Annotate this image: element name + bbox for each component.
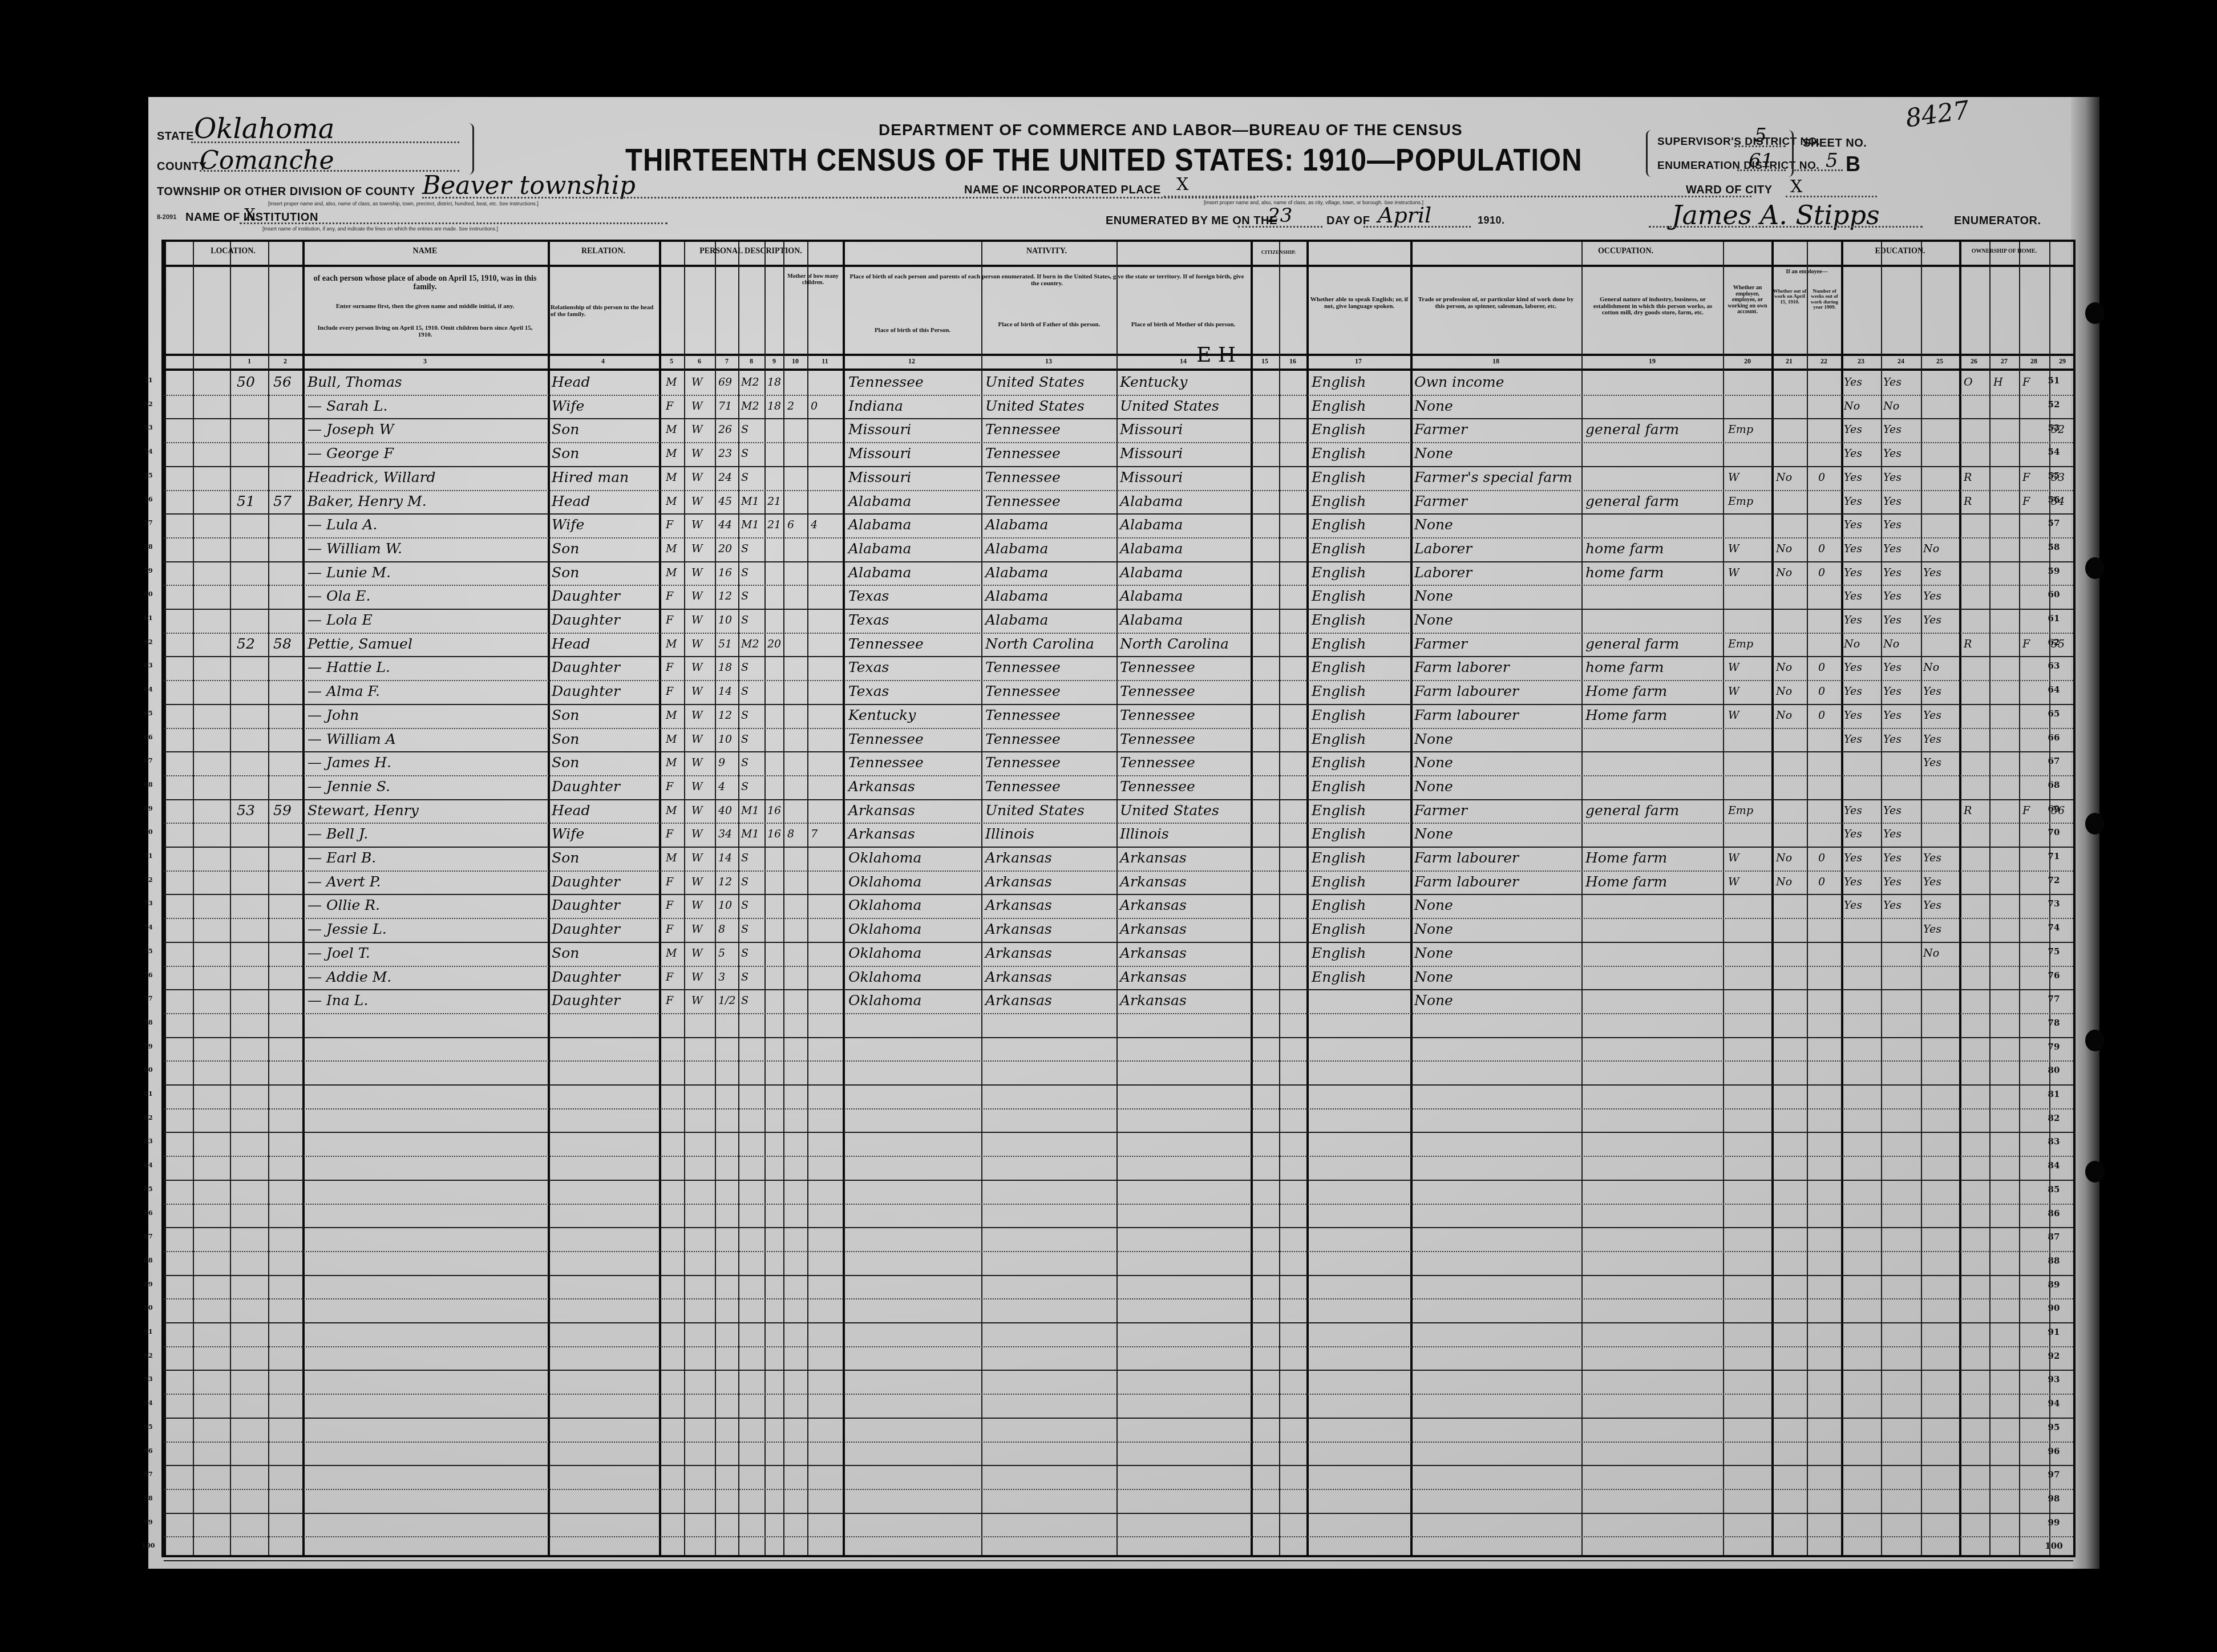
- line-number-left: 84: [137, 1161, 160, 1169]
- children-born: 8: [787, 826, 794, 842]
- row-line: [164, 1370, 2073, 1371]
- trade: Farm labourer: [1414, 683, 1519, 699]
- age: 16: [718, 565, 732, 581]
- birthplace: Tennessee: [848, 636, 924, 652]
- language: English: [1312, 826, 1366, 842]
- father-birthplace: United States: [985, 803, 1085, 819]
- age: 12: [718, 588, 732, 604]
- trade: None: [1414, 897, 1453, 913]
- birthplace: Texas: [848, 588, 889, 604]
- mother-birthplace: Illinois: [1120, 826, 1169, 842]
- line-number: 58: [2042, 542, 2065, 552]
- years-married: 16: [767, 826, 781, 842]
- person-name: — Lula A.: [308, 517, 378, 533]
- can-read: Yes: [1844, 446, 1862, 461]
- relation: Son: [552, 731, 579, 747]
- mother-birthplace: Arkansas: [1120, 897, 1187, 913]
- line-number: 61: [2042, 613, 2065, 623]
- person-name: — George F: [308, 446, 394, 461]
- row-line: [164, 1132, 2073, 1133]
- month-line: [1364, 226, 1471, 228]
- can-write: Yes: [1883, 612, 1902, 628]
- row-line: [164, 513, 2073, 515]
- marital-status: S: [741, 897, 749, 913]
- race: W: [691, 731, 703, 747]
- birthplace: Oklahoma: [848, 993, 921, 1009]
- marital-status: S: [741, 850, 749, 866]
- trade: Farm labourer: [1414, 850, 1519, 866]
- children-living: 4: [811, 517, 818, 533]
- attended-school: Yes: [1923, 588, 1941, 604]
- can-write: Yes: [1883, 874, 1902, 890]
- group-relation: RELATION.: [548, 248, 659, 256]
- father-birthplace: North Carolina: [985, 636, 1094, 652]
- person-name: — Addie M.: [308, 969, 391, 985]
- column-number: 9: [766, 357, 783, 366]
- birthplace: Alabama: [848, 565, 911, 581]
- weeks-out: 0: [1818, 707, 1825, 723]
- column-number: 26: [1965, 357, 1983, 366]
- father-birthplace: Arkansas: [985, 850, 1052, 866]
- industry: general farm: [1585, 493, 1679, 509]
- age: 69: [718, 374, 732, 390]
- relation: Head: [552, 636, 590, 652]
- col-line: [1989, 242, 1991, 1555]
- father-birthplace: Arkansas: [985, 874, 1052, 890]
- sex: F: [666, 874, 673, 890]
- can-read: Yes: [1844, 517, 1862, 533]
- relation: Wife: [552, 398, 584, 414]
- form-number: 8-2091: [157, 214, 176, 221]
- language: English: [1312, 897, 1366, 913]
- trade: None: [1414, 517, 1453, 533]
- col-line: [843, 242, 845, 1555]
- line-number-left: 59: [137, 567, 160, 574]
- column-number: 17: [1350, 357, 1367, 366]
- father-birthplace: Arkansas: [985, 993, 1052, 1009]
- col-line: [783, 242, 784, 1555]
- state-label: STATE: [157, 130, 194, 143]
- trade: Farm labourer: [1414, 707, 1519, 723]
- can-write: Yes: [1883, 446, 1902, 461]
- weeks-out: 0: [1818, 469, 1825, 485]
- sex: M: [666, 945, 677, 961]
- person-name: — Joseph W: [308, 422, 394, 438]
- line-number: 72: [2042, 875, 2065, 885]
- column-number: 16: [1284, 357, 1301, 366]
- row-line: [164, 680, 2073, 681]
- can-write: Yes: [1883, 683, 1902, 699]
- column-number: 12: [903, 357, 920, 366]
- can-write: Yes: [1883, 517, 1902, 533]
- line-number-left: 95: [137, 1423, 160, 1431]
- race: W: [691, 897, 703, 913]
- father-birthplace: Alabama: [985, 517, 1048, 533]
- group-personal-description: PERSONAL DESCRIPTION.: [659, 248, 843, 256]
- out-of-work: No: [1776, 683, 1792, 699]
- trade: None: [1414, 755, 1453, 771]
- row-line: [164, 894, 2073, 895]
- line-number-left: 54: [137, 448, 160, 455]
- can-write: Yes: [1883, 850, 1902, 866]
- line-number: 71: [2042, 851, 2065, 861]
- sex: M: [666, 469, 677, 485]
- name-description-2: Enter surname first, then the given name…: [311, 303, 539, 310]
- col-line: [1251, 242, 1253, 1555]
- col-line: [268, 242, 269, 1555]
- person-name: Pettie, Samuel: [308, 636, 412, 652]
- language: English: [1312, 921, 1366, 937]
- column-number: 7: [718, 357, 735, 366]
- can-write: Yes: [1883, 541, 1902, 557]
- birthplace: Kentucky: [848, 707, 916, 723]
- race: W: [691, 850, 703, 866]
- can-write: Yes: [1883, 469, 1902, 485]
- marital-status: S: [741, 874, 749, 890]
- family-number: 58: [273, 636, 292, 652]
- dwelling-number: 53: [237, 803, 255, 819]
- language: English: [1312, 803, 1366, 819]
- row-line: [164, 870, 2073, 872]
- relation: Son: [552, 541, 579, 557]
- col-line: [1279, 242, 1280, 1555]
- language: English: [1312, 398, 1366, 414]
- marital-status: S: [741, 779, 749, 795]
- father-birthplace: Arkansas: [985, 969, 1052, 985]
- sheet-number: 5: [1826, 149, 1838, 172]
- col-line: [715, 242, 716, 1555]
- line-number-left: 88: [137, 1257, 160, 1264]
- trade: Farm laborer: [1414, 659, 1510, 675]
- group-occupation: OCCUPATION.: [1410, 248, 1841, 256]
- column-number: 3: [416, 357, 434, 366]
- father-birthplace: Tennessee: [985, 779, 1061, 795]
- birthplace: Arkansas: [848, 803, 915, 819]
- row-line: [164, 1442, 2073, 1443]
- person-name: — Earl B.: [308, 850, 376, 866]
- line-number: 76: [2042, 970, 2065, 981]
- township-line: [422, 197, 1255, 199]
- row-line: [164, 1204, 2073, 1205]
- row-line: [164, 966, 2073, 967]
- line-number-left: 63: [137, 662, 160, 669]
- sheet-label: SHEET NO.: [1803, 137, 1867, 150]
- line-number: 84: [2042, 1160, 2065, 1171]
- incorporated-place-value: X: [1176, 175, 1188, 195]
- race: W: [691, 969, 703, 985]
- employer-status: W: [1728, 541, 1739, 557]
- industry: home farm: [1585, 565, 1664, 581]
- sex: F: [666, 659, 673, 675]
- sex: F: [666, 517, 673, 533]
- age: 12: [718, 707, 732, 723]
- row-line: [164, 1298, 2073, 1299]
- years-married: 21: [767, 517, 781, 533]
- col-line: [1410, 242, 1413, 1555]
- mother-birthplace: Alabama: [1120, 517, 1183, 533]
- age: 8: [718, 921, 725, 937]
- incorporated-place-label: NAME OF INCORPORATED PLACE: [964, 184, 1161, 197]
- mother-of-children: Mother of how many children.: [784, 274, 842, 286]
- birth-person-header: Place of birth of this Person.: [845, 327, 980, 334]
- age: 9: [718, 755, 725, 771]
- can-write: Yes: [1883, 803, 1902, 819]
- language: English: [1312, 469, 1366, 485]
- line-number-left: 89: [137, 1281, 160, 1288]
- relation: Daughter: [552, 993, 620, 1009]
- line-number: 81: [2042, 1089, 2065, 1099]
- line-number-left: 67: [137, 757, 160, 764]
- marital-status: S: [741, 945, 749, 961]
- col-line: [1807, 242, 1808, 1555]
- line-number: 53: [2042, 423, 2065, 433]
- col-line: [230, 242, 231, 1555]
- trade: Farm labourer: [1414, 874, 1519, 890]
- row-line: [164, 490, 2073, 491]
- line-number-left: 83: [137, 1137, 160, 1145]
- father-birthplace: Tennessee: [985, 422, 1061, 438]
- person-name: — Ollie R.: [308, 897, 380, 913]
- industry: Home farm: [1585, 850, 1667, 866]
- attended-school: Yes: [1923, 565, 1941, 581]
- trade: None: [1414, 731, 1453, 747]
- employer-status: Emp: [1728, 803, 1753, 819]
- relation-description: Relationship of this person to the head …: [551, 305, 656, 318]
- language: English: [1312, 565, 1366, 581]
- line-number-left: 80: [137, 1066, 160, 1074]
- language: English: [1312, 493, 1366, 509]
- col-line: [1771, 242, 1774, 1555]
- line-number-left: 82: [137, 1114, 160, 1121]
- person-name: — Hattie L.: [308, 659, 390, 675]
- can-write: Yes: [1883, 565, 1902, 581]
- mother-birthplace: Missouri: [1120, 469, 1183, 485]
- marital-status: S: [741, 993, 749, 1009]
- institution-line: [240, 222, 667, 224]
- row-line: [164, 1180, 2073, 1181]
- birthplace: Oklahoma: [848, 945, 921, 961]
- trade: Farmer: [1414, 803, 1467, 819]
- relation: Daughter: [552, 659, 620, 675]
- relation: Head: [552, 493, 590, 509]
- line-number-left: 60: [137, 590, 160, 598]
- relation: Hired man: [552, 469, 629, 485]
- attended-school: No: [1923, 945, 1939, 961]
- line-number-left: 76: [137, 971, 160, 979]
- line-number: 66: [2042, 732, 2065, 743]
- owned-or-rented: R: [1964, 469, 1972, 485]
- margin-annotation: E H: [1196, 343, 1236, 367]
- col-line: [1841, 242, 1843, 1555]
- age: 10: [718, 612, 732, 628]
- row-line: [164, 1037, 2073, 1038]
- line-number-left: 72: [137, 876, 160, 884]
- family-number: 57: [273, 493, 292, 509]
- row-line: [164, 1013, 2073, 1014]
- person-name: — Bell J.: [308, 826, 368, 842]
- nativity-description: Place of birth of each person and parent…: [847, 274, 1247, 287]
- age: 45: [718, 493, 732, 509]
- person-name: Stewart, Henry: [308, 803, 419, 819]
- birthplace: Oklahoma: [848, 921, 921, 937]
- col-line: [2019, 242, 2020, 1555]
- line-number: 67: [2042, 756, 2065, 766]
- line-number-left: 62: [137, 638, 160, 646]
- race: W: [691, 374, 703, 390]
- person-name: — Jennie S.: [308, 779, 390, 795]
- can-read: Yes: [1844, 683, 1862, 699]
- line-number-left: 81: [137, 1090, 160, 1098]
- out-of-work: No: [1776, 707, 1792, 723]
- birthplace: Oklahoma: [848, 969, 921, 985]
- line-number: 52: [2042, 399, 2065, 410]
- row-line: [164, 775, 2073, 776]
- can-read: Yes: [1844, 659, 1862, 675]
- row-line: [164, 918, 2073, 919]
- person-name: — Jessie L.: [308, 921, 387, 937]
- attended-school: Yes: [1923, 731, 1941, 747]
- can-read: Yes: [1844, 803, 1862, 819]
- township-label: TOWNSHIP OR OTHER DIVISION OF COUNTY: [157, 185, 415, 199]
- row-line: [164, 989, 2073, 990]
- years-married: 18: [767, 374, 781, 390]
- col-line: [807, 242, 808, 1555]
- line-number: 54: [2042, 447, 2065, 457]
- race: W: [691, 921, 703, 937]
- birthplace: Tennessee: [848, 374, 924, 390]
- age: 4: [718, 779, 725, 795]
- mother-birthplace: Tennessee: [1120, 755, 1195, 771]
- marital-status: S: [741, 588, 749, 604]
- trade: Laborer: [1414, 565, 1472, 581]
- line-number: 77: [2042, 994, 2065, 1004]
- birthplace: Alabama: [848, 517, 911, 533]
- mother-birthplace: Arkansas: [1120, 921, 1187, 937]
- relation: Son: [552, 565, 579, 581]
- race: W: [691, 636, 703, 652]
- sex: F: [666, 398, 673, 414]
- line-number-left: 52: [137, 400, 160, 408]
- person-name: — John: [308, 707, 359, 723]
- row-line: [164, 704, 2073, 705]
- trade: None: [1414, 588, 1453, 604]
- birthplace: Oklahoma: [848, 874, 921, 890]
- language: English: [1312, 374, 1366, 390]
- industry: general farm: [1585, 803, 1679, 819]
- line-number-left: 77: [137, 995, 160, 1002]
- sex: M: [666, 803, 677, 819]
- industry: general farm: [1585, 636, 1679, 652]
- line-number: 97: [2042, 1469, 2065, 1480]
- row-line: [164, 585, 2073, 586]
- census-title: THIRTEENTH CENSUS OF THE UNITED STATES: …: [625, 143, 1583, 179]
- industry: home farm: [1585, 659, 1664, 675]
- line-number: 74: [2042, 922, 2065, 933]
- line-number-left: 94: [137, 1399, 160, 1407]
- line-number: 78: [2042, 1018, 2065, 1028]
- can-write: Yes: [1883, 826, 1902, 842]
- person-name: — William W.: [308, 541, 402, 557]
- row-line: [164, 1060, 2073, 1062]
- row-line: [164, 1513, 2073, 1514]
- age: 14: [718, 850, 732, 866]
- trade: None: [1414, 446, 1453, 461]
- column-number: 18: [1487, 357, 1504, 366]
- age: 1/2: [718, 993, 736, 1009]
- trade: Laborer: [1414, 541, 1472, 557]
- out-of-work: No: [1776, 469, 1792, 485]
- marital-status: M1: [741, 826, 759, 842]
- row-line: [164, 1465, 2073, 1466]
- birthplace: Missouri: [848, 422, 911, 438]
- row-line: [164, 1346, 2073, 1347]
- language: English: [1312, 731, 1366, 747]
- sex: M: [666, 446, 677, 461]
- can-write: No: [1883, 398, 1899, 414]
- age: 20: [718, 541, 732, 557]
- employer-status: W: [1728, 683, 1739, 699]
- can-write: Yes: [1883, 493, 1902, 509]
- marital-status: S: [741, 422, 749, 438]
- line-number: 55: [2042, 471, 2065, 481]
- row-line: [164, 751, 2073, 752]
- row-line: [164, 823, 2073, 824]
- enumerated-year: 1910.: [1478, 214, 1505, 226]
- col-line: [1723, 242, 1724, 1555]
- race: W: [691, 659, 703, 675]
- column-number: 10: [787, 357, 804, 366]
- line-number: 99: [2042, 1517, 2065, 1528]
- father-birthplace: Tennessee: [985, 659, 1061, 675]
- out-of-work: No: [1776, 850, 1792, 866]
- person-name: — Avert P.: [308, 874, 381, 890]
- line-number-left: 91: [137, 1328, 160, 1335]
- column-number: 2: [277, 357, 294, 366]
- father-birthplace: Arkansas: [985, 945, 1052, 961]
- race: W: [691, 803, 703, 819]
- person-name: Bull, Thomas: [308, 374, 402, 390]
- column-number: 22: [1815, 357, 1832, 366]
- ward-label: WARD OF CITY: [1686, 184, 1773, 197]
- line-number-left: 69: [137, 805, 160, 812]
- person-name: — Ola E.: [308, 588, 371, 604]
- line-number: 79: [2042, 1042, 2065, 1052]
- binder-hole: [2085, 1161, 2105, 1183]
- line-number-left: 98: [137, 1495, 160, 1502]
- sex: F: [666, 993, 673, 1009]
- line-number: 92: [2042, 1351, 2065, 1361]
- binder-hole: [2085, 813, 2105, 835]
- out-of-work: No: [1776, 565, 1792, 581]
- father-birthplace: Arkansas: [985, 897, 1052, 913]
- can-read: Yes: [1844, 588, 1862, 604]
- race: W: [691, 755, 703, 771]
- line-number: 94: [2042, 1398, 2065, 1408]
- enumeration-district-value: 61: [1749, 149, 1773, 172]
- line-number: 100: [2042, 1541, 2065, 1551]
- relation: Head: [552, 374, 590, 390]
- can-read: Yes: [1844, 493, 1862, 509]
- marital-status: S: [741, 565, 749, 581]
- person-name: — Alma F.: [308, 683, 380, 699]
- farm-or-house: F: [2022, 374, 2030, 390]
- children-living: 0: [811, 398, 818, 414]
- mother-birthplace: Tennessee: [1120, 683, 1195, 699]
- mother-birthplace: Kentucky: [1120, 374, 1187, 390]
- race: W: [691, 588, 703, 604]
- trade: Farmer: [1414, 636, 1467, 652]
- relation: Daughter: [552, 683, 620, 699]
